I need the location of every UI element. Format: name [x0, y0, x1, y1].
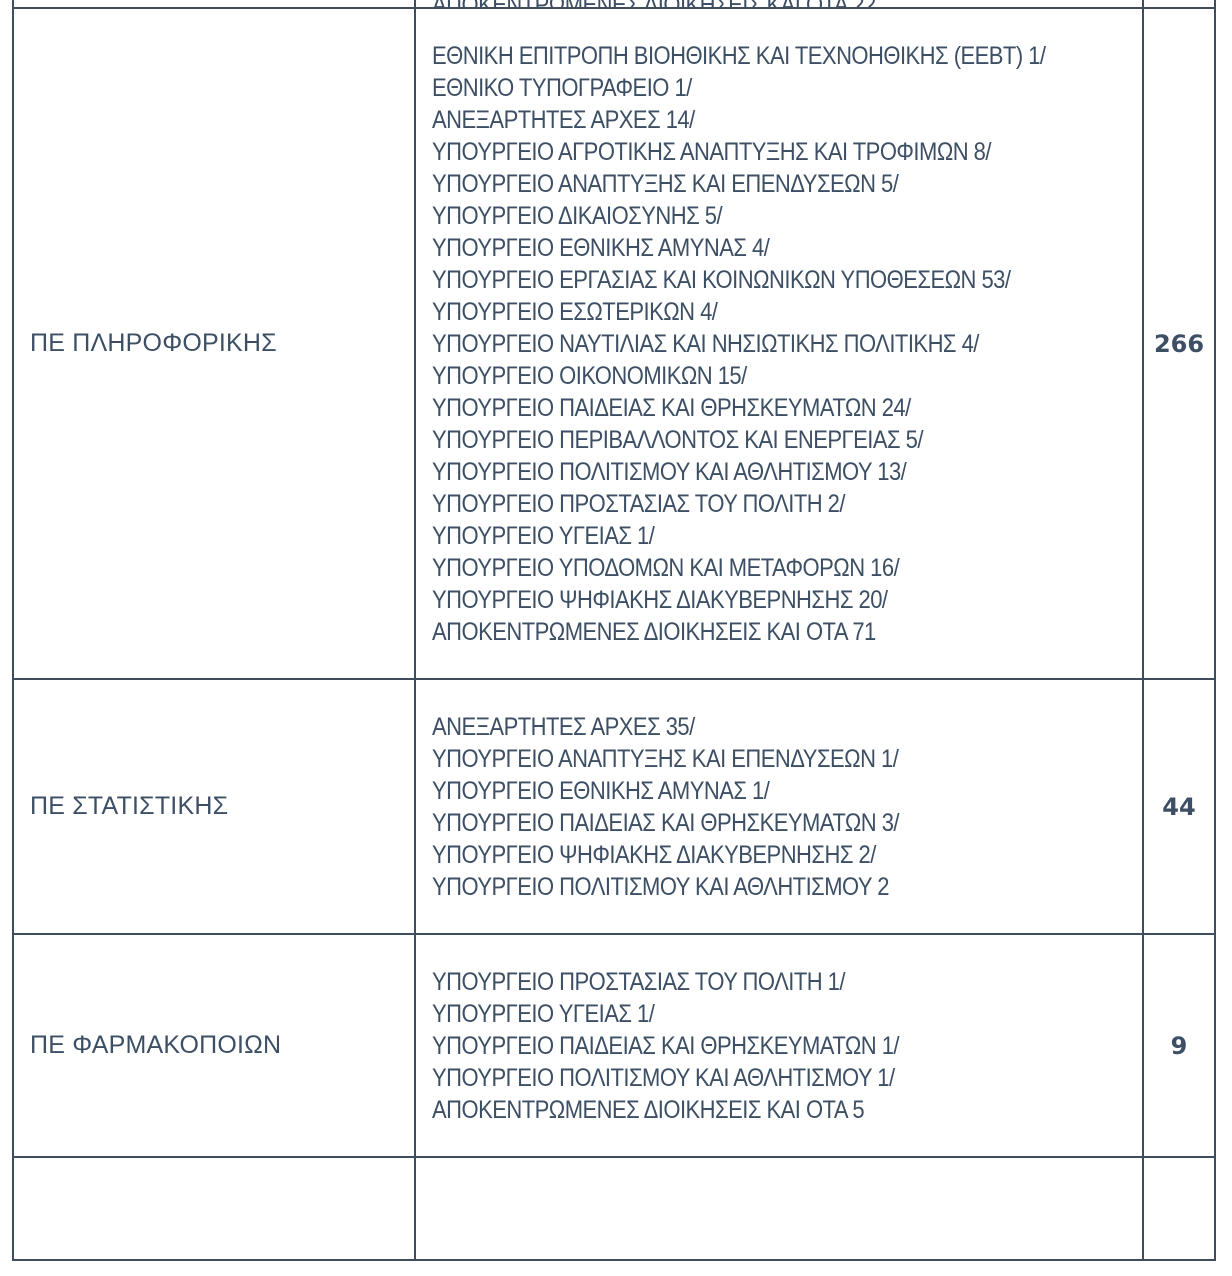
- positions-table: ΑΠΟΚΕΝΤΡΩΜΕΝΕΣ ΔΙΟΙΚΗΣΕΙΣ ΚΑΙ ΟΤΑ 22 ΠΕ …: [12, 0, 1216, 1261]
- agency-line: ΥΠΟΥΡΓΕΙΟ ΥΓΕΙΑΣ 1/: [432, 520, 1122, 552]
- agency-line: ΥΠΟΥΡΓΕΙΟ ΠΑΙΔΕΙΑΣ ΚΑΙ ΘΡΗΣΚΕΥΜΑΤΩΝ 24/: [432, 392, 1122, 424]
- agencies-cell: ΕΘΝΙΚΗ ΕΠΙΤΡΟΠΗ ΒΙΟΗΘΙΚΗΣ ΚΑΙ ΤΕΧΝΟΗΘΙΚΗ…: [415, 8, 1143, 679]
- specialty-cell: ΠΕ ΦΑΡΜΑΚΟΠΟΙΩΝ: [13, 934, 415, 1157]
- total-cell: [1143, 1157, 1215, 1260]
- table-row: ΠΕ ΦΑΡΜΑΚΟΠΟΙΩΝ ΥΠΟΥΡΓΕΙΟ ΠΡΟΣΤΑΣΙΑΣ ΤΟΥ…: [13, 934, 1215, 1157]
- agency-line: ΥΠΟΥΡΓΕΙΟ ΠΕΡΙΒΑΛΛΟΝΤΟΣ ΚΑΙ ΕΝΕΡΓΕΙΑΣ 5/: [432, 424, 1122, 456]
- total-cell: 9: [1143, 934, 1215, 1157]
- agency-line: ΥΠΟΥΡΓΕΙΟ ΕΡΓΑΣΙΑΣ ΚΑΙ ΚΟΙΝΩΝΙΚΩΝ ΥΠΟΘΕΣ…: [432, 264, 1122, 296]
- agencies-cell: ΑΠΟΚΕΝΤΡΩΜΕΝΕΣ ΔΙΟΙΚΗΣΕΙΣ ΚΑΙ ΟΤΑ 22: [415, 0, 1143, 8]
- table-row: ΠΕ ΠΛΗΡΟΦΟΡΙΚΗΣ ΕΘΝΙΚΗ ΕΠΙΤΡΟΠΗ ΒΙΟΗΘΙΚΗ…: [13, 8, 1215, 679]
- agency-line: ΥΠΟΥΡΓΕΙΟ ΑΓΡΟΤΙΚΗΣ ΑΝΑΠΤΥΞΗΣ ΚΑΙ ΤΡΟΦΙΜ…: [432, 136, 1122, 168]
- table-row: ΠΕ ΣΤΑΤΙΣΤΙΚΗΣ ΑΝΕΞΑΡΤΗΤΕΣ ΑΡΧΕΣ 35/ΥΠΟΥ…: [13, 679, 1215, 934]
- agency-line: ΥΠΟΥΡΓΕΙΟ ΥΠΟΔΟΜΩΝ ΚΑΙ ΜΕΤΑΦΟΡΩΝ 16/: [432, 552, 1122, 584]
- specialty-cell: [13, 0, 415, 8]
- agency-line: ΥΠΟΥΡΓΕΙΟ ΠΑΙΔΕΙΑΣ ΚΑΙ ΘΡΗΣΚΕΥΜΑΤΩΝ 3/: [432, 807, 1122, 839]
- agency-line: ΑΝΕΞΑΡΤΗΤΕΣ ΑΡΧΕΣ 35/: [432, 711, 1122, 743]
- agency-line: ΥΠΟΥΡΓΕΙΟ ΠΟΛΙΤΙΣΜΟΥ ΚΑΙ ΑΘΛΗΤΙΣΜΟΥ 2: [432, 871, 1122, 903]
- agency-line: ΥΠΟΥΡΓΕΙΟ ΝΑΥΤΙΛΙΑΣ ΚΑΙ ΝΗΣΙΩΤΙΚΗΣ ΠΟΛΙΤ…: [432, 328, 1122, 360]
- agencies-cell: ΥΠΟΥΡΓΕΙΟ ΠΡΟΣΤΑΣΙΑΣ ΤΟΥ ΠΟΛΙΤΗ 1/ΥΠΟΥΡΓ…: [415, 934, 1143, 1157]
- total-cell: 44: [1143, 679, 1215, 934]
- agency-line: ΕΘΝΙΚΟ ΤΥΠΟΓΡΑΦΕΙΟ 1/: [432, 72, 1122, 104]
- specialty-cell: [13, 1157, 415, 1260]
- agencies-cell: [415, 1157, 1143, 1260]
- agency-line: ΥΠΟΥΡΓΕΙΟ ΠΟΛΙΤΙΣΜΟΥ ΚΑΙ ΑΘΛΗΤΙΣΜΟΥ 13/: [432, 456, 1122, 488]
- specialty-cell: ΠΕ ΣΤΑΤΙΣΤΙΚΗΣ: [13, 679, 415, 934]
- agency-line: ΑΠΟΚΕΝΤΡΩΜΕΝΕΣ ΔΙΟΙΚΗΣΕΙΣ ΚΑΙ ΟΤΑ 71: [432, 616, 1122, 648]
- agency-line: ΥΠΟΥΡΓΕΙΟ ΠΡΟΣΤΑΣΙΑΣ ΤΟΥ ΠΟΛΙΤΗ 1/: [432, 966, 1122, 998]
- table-row-partial-next: [13, 1157, 1215, 1260]
- agency-line: ΑΝΕΞΑΡΤΗΤΕΣ ΑΡΧΕΣ 14/: [432, 104, 1122, 136]
- agency-line: ΑΠΟΚΕΝΤΡΩΜΕΝΕΣ ΔΙΟΙΚΗΣΕΙΣ ΚΑΙ ΟΤΑ 22: [432, 0, 1122, 8]
- agency-line: ΥΠΟΥΡΓΕΙΟ ΠΡΟΣΤΑΣΙΑΣ ΤΟΥ ΠΟΛΙΤΗ 2/: [432, 488, 1122, 520]
- total-cell: [1143, 0, 1215, 8]
- agency-line: ΥΠΟΥΡΓΕΙΟ ΕΘΝΙΚΗΣ ΑΜΥΝΑΣ 4/: [432, 232, 1122, 264]
- agency-line: ΥΠΟΥΡΓΕΙΟ ΕΣΩΤΕΡΙΚΩΝ 4/: [432, 296, 1122, 328]
- positions-table-container: ΑΠΟΚΕΝΤΡΩΜΕΝΕΣ ΔΙΟΙΚΗΣΕΙΣ ΚΑΙ ΟΤΑ 22 ΠΕ …: [12, 0, 1216, 1261]
- agency-line: ΥΠΟΥΡΓΕΙΟ ΟΙΚΟΝΟΜΙΚΩΝ 15/: [432, 360, 1122, 392]
- agency-line: ΑΠΟΚΕΝΤΡΩΜΕΝΕΣ ΔΙΟΙΚΗΣΕΙΣ ΚΑΙ ΟΤΑ 5: [432, 1094, 1122, 1126]
- agency-line: ΥΠΟΥΡΓΕΙΟ ΨΗΦΙΑΚΗΣ ΔΙΑΚΥΒΕΡΝΗΣΗΣ 2/: [432, 839, 1122, 871]
- agency-line: ΥΠΟΥΡΓΕΙΟ ΠΟΛΙΤΙΣΜΟΥ ΚΑΙ ΑΘΛΗΤΙΣΜΟΥ 1/: [432, 1062, 1122, 1094]
- agency-line: ΥΠΟΥΡΓΕΙΟ ΠΑΙΔΕΙΑΣ ΚΑΙ ΘΡΗΣΚΕΥΜΑΤΩΝ 1/: [432, 1030, 1122, 1062]
- agency-line: ΥΠΟΥΡΓΕΙΟ ΥΓΕΙΑΣ 1/: [432, 998, 1122, 1030]
- agency-line: ΥΠΟΥΡΓΕΙΟ ΑΝΑΠΤΥΞΗΣ ΚΑΙ ΕΠΕΝΔΥΣΕΩΝ 1/: [432, 743, 1122, 775]
- agency-line: ΥΠΟΥΡΓΕΙΟ ΔΙΚΑΙΟΣΥΝΗΣ 5/: [432, 200, 1122, 232]
- agency-line: ΥΠΟΥΡΓΕΙΟ ΕΘΝΙΚΗΣ ΑΜΥΝΑΣ 1/: [432, 775, 1122, 807]
- agency-line: ΥΠΟΥΡΓΕΙΟ ΑΝΑΠΤΥΞΗΣ ΚΑΙ ΕΠΕΝΔΥΣΕΩΝ 5/: [432, 168, 1122, 200]
- agencies-cell: ΑΝΕΞΑΡΤΗΤΕΣ ΑΡΧΕΣ 35/ΥΠΟΥΡΓΕΙΟ ΑΝΑΠΤΥΞΗΣ…: [415, 679, 1143, 934]
- agency-line: ΕΘΝΙΚΗ ΕΠΙΤΡΟΠΗ ΒΙΟΗΘΙΚΗΣ ΚΑΙ ΤΕΧΝΟΗΘΙΚΗ…: [432, 40, 1122, 72]
- agency-line: ΥΠΟΥΡΓΕΙΟ ΨΗΦΙΑΚΗΣ ΔΙΑΚΥΒΕΡΝΗΣΗΣ 20/: [432, 584, 1122, 616]
- total-cell: 266: [1143, 8, 1215, 679]
- table-row-partial-previous: ΑΠΟΚΕΝΤΡΩΜΕΝΕΣ ΔΙΟΙΚΗΣΕΙΣ ΚΑΙ ΟΤΑ 22: [13, 0, 1215, 8]
- specialty-cell: ΠΕ ΠΛΗΡΟΦΟΡΙΚΗΣ: [13, 8, 415, 679]
